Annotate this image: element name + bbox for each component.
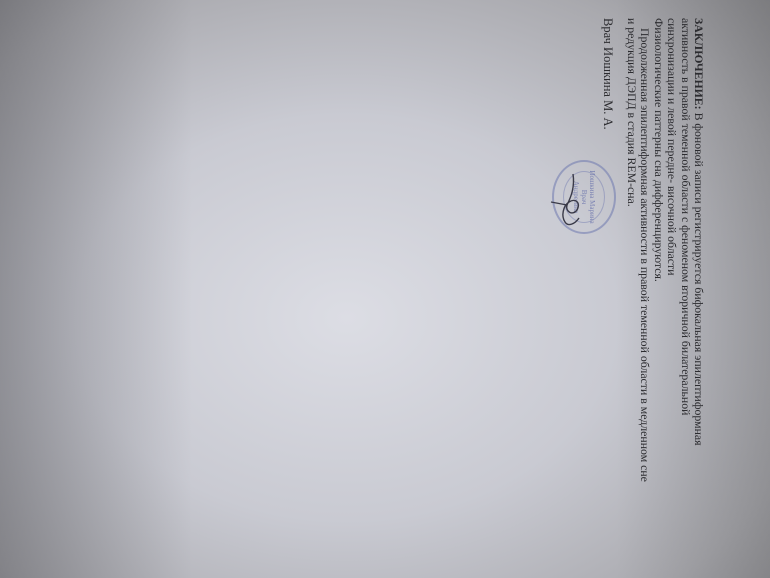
conclusion-line-4: Физиологические паттерны сна дифференцир… — [651, 18, 664, 578]
document-page: ЗАКЛЮЧЕНИЕ: В фоновой записи регистрируе… — [600, 18, 705, 578]
conclusion-line-1: ЗАКЛЮЧЕНИЕ: В фоновой записи регистрируе… — [692, 18, 705, 578]
conclusion-line-2: активность в правой теменной области с ф… — [678, 18, 691, 578]
conclusion-label: ЗАКЛЮЧЕНИЕ: — [692, 18, 706, 110]
conclusion-line-3: синхронизации и левой передне- височной … — [665, 18, 678, 578]
conclusion-line-5: Продолженная эпилептиформная активности … — [638, 18, 651, 578]
handwritten-signature-icon — [545, 172, 595, 232]
conclusion-line-6: и редукция ДЭПД в стадия REM-сна. — [625, 18, 638, 578]
doctor-signature-line: Врач Иошкина М. А. — [600, 18, 613, 578]
